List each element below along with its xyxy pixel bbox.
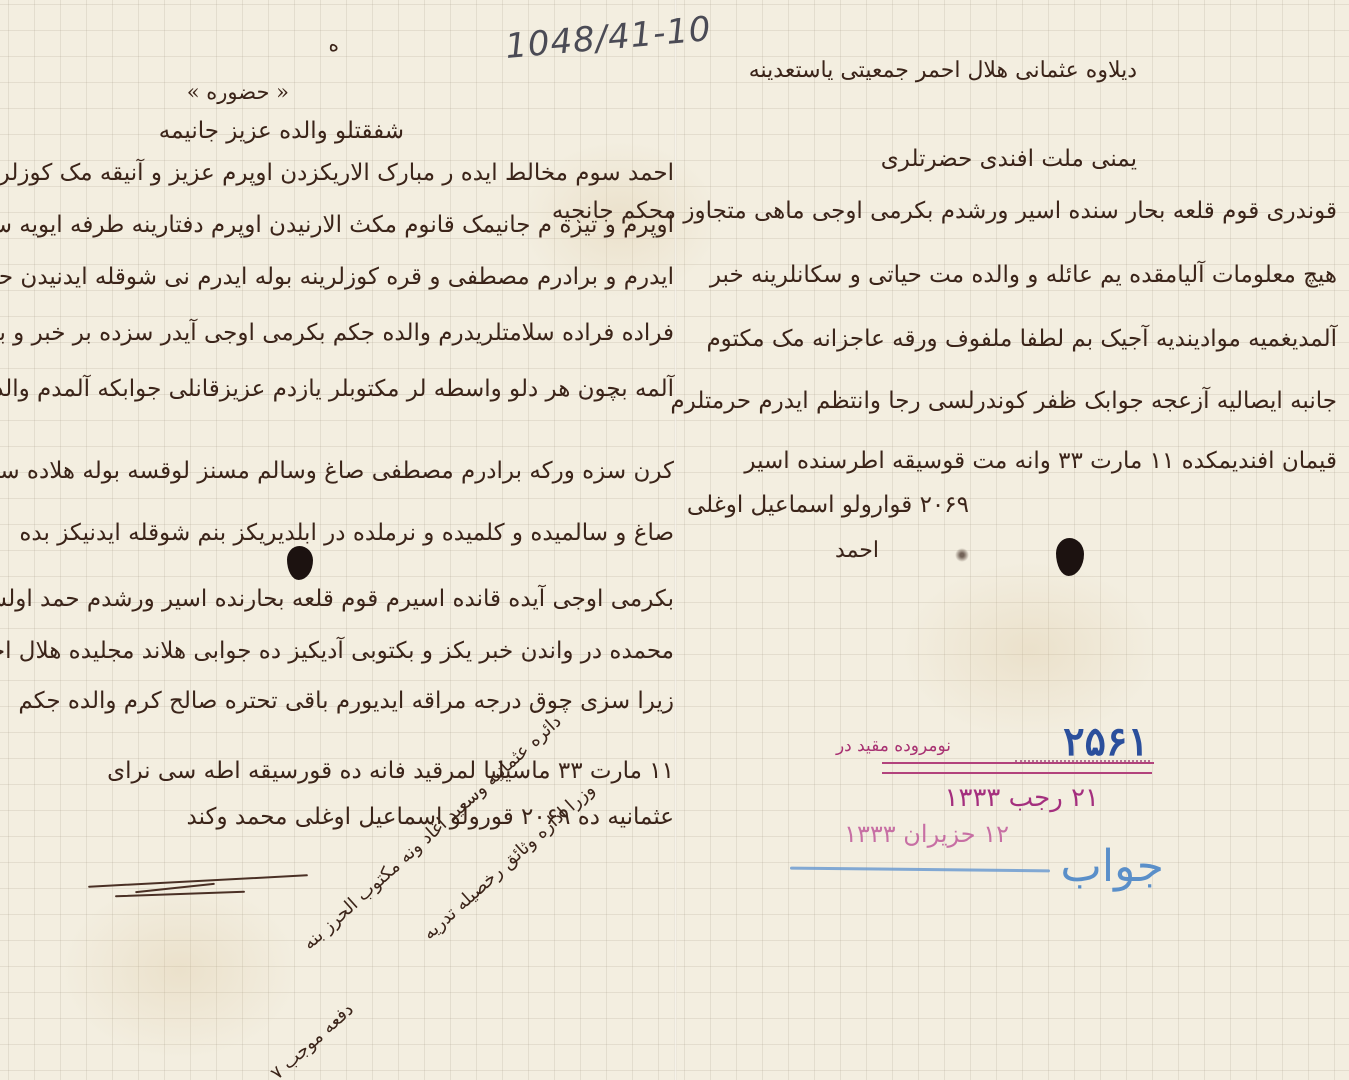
left-line-9: محمده در واندن خبر یکز و بکتوبی آدیکیز د… (0, 640, 674, 663)
answer-mark: جواب (1060, 845, 1164, 889)
left-line-1: احمد سوم مخالط ایده ر مبارک الاریکزدن او… (0, 162, 674, 185)
right-line-2: هیچ معلومات آلیامقده یم عائله و والده مت… (710, 264, 1337, 287)
left-line-6: کرن سزه ورکه برادرم مصطفی صاغ وسالم مسنز… (0, 460, 674, 483)
paper-stain (900, 560, 1160, 740)
left-line-8: بکرمی اوجی آیده قانده اسیرم قوم قلعه بحا… (0, 588, 674, 611)
register-rule (882, 772, 1152, 774)
right-line-6: ۲۰۶۹ قوارولو اسماعیل اوغلی (687, 494, 969, 517)
ink-speck (955, 548, 969, 562)
date-rumi-stamp: ۱۲ حزیران ۱۳۳۳ (844, 822, 1009, 846)
right-line-4: جانبه ایصالیه آزعجه جوابک ظفر کوندرلسی ر… (670, 390, 1337, 413)
left-address: شفقتلو والده عزیز جانیمه (159, 120, 404, 143)
left-title: « حضوره » (187, 82, 289, 103)
left-line-7: صاغ و سالمیده و کلمیده و نرملده در ابلدی… (19, 522, 674, 545)
left-line-2: اوپرم و تیزه م جانیمک قانوم مکث الارنیدن… (0, 214, 674, 237)
register-stamp-label: نومروده مقید در (836, 738, 951, 755)
fold-line (674, 0, 677, 1080)
left-line-4: فراده فراده سلامتلریدرم والده جکم بکرمی … (0, 322, 674, 345)
right-line-5: قیمان افندیمکده ۱۱ مارت ۳۳ وانه مت قوسیق… (744, 450, 1337, 473)
left-marker: ه (329, 34, 339, 54)
left-line-5: آلمه بچون هر دلو واسطه لر مکتوبلر یازدم … (0, 378, 674, 401)
paper-stain (60, 880, 300, 1060)
right-salutation: یمنی ملت افندی حضرتلری (881, 148, 1137, 171)
left-line-10: زیرا سزی چوق درجه مراقه ایدیورم باقی تحت… (18, 690, 674, 713)
register-rule (882, 762, 1154, 764)
date-hijri-stamp: ۲۱ رجب ۱۳۳۳ (945, 785, 1099, 811)
right-signature: احمد (835, 540, 879, 562)
right-line-3: آلمدیغمیه موادیندیه آجیک بم لطفا ملفوف و… (706, 328, 1337, 351)
right-heading: دیلاوه عثمانی هلال احمر جمعیتی یاستعدینه (749, 60, 1137, 82)
left-line-11: ۱۱ مارت ۳۳ ماسیلیا لمرقید فانه ده قورسیق… (107, 760, 674, 783)
left-line-3: ایدرم و برادرم مصطفی و قره کوزلرینه بوله… (0, 266, 674, 289)
register-number: ۲۵۶۱ (1063, 722, 1149, 762)
